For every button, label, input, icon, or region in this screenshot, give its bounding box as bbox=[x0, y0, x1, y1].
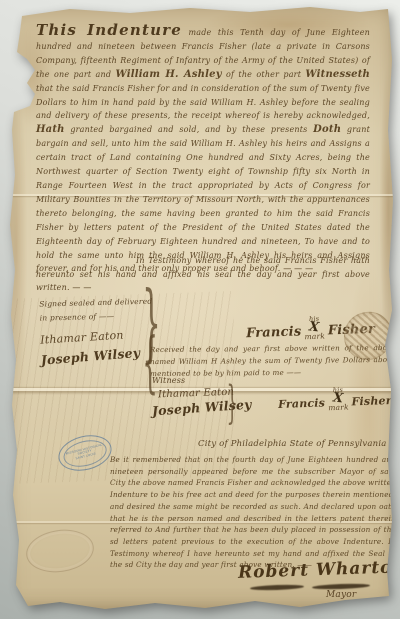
acknowledgment-body: Be it remembered that on the fourth day … bbox=[110, 454, 396, 571]
signature-flourish-smudge bbox=[250, 584, 304, 591]
receipt-brace-close: } bbox=[227, 375, 238, 428]
x-mark-icon-2: X bbox=[327, 392, 349, 405]
receipt-clause: Received the day and year first above wr… bbox=[150, 342, 396, 380]
receipt-sig-first-name: Francis bbox=[278, 396, 325, 411]
acknowledgment-heading: City of Philadelphia State of Pennsylvan… bbox=[198, 439, 399, 449]
grantor-first-name: Francis bbox=[246, 324, 302, 341]
x-mark-icon: X bbox=[304, 321, 326, 334]
mayor-title: Mayor bbox=[326, 590, 356, 600]
scan-background: This Indenture made this Tenth day of Ju… bbox=[0, 0, 400, 619]
deed-testimony-clause: In Testimony whereof he the said Francis… bbox=[36, 254, 370, 295]
x-mark-stack: hisXmark bbox=[304, 316, 325, 342]
embossed-city-seal bbox=[23, 525, 96, 576]
receipt-signature: FrancishisXmarkFisher bbox=[278, 387, 393, 416]
signature-flourish-smudge bbox=[312, 583, 370, 590]
paper-shadow: This Indenture made this Tenth day of Ju… bbox=[0, 0, 400, 619]
receipt-witness-label: Witness bbox=[152, 376, 185, 385]
x-mark-stack-2: hisXmark bbox=[328, 387, 349, 413]
deed-body-paragraph: This Indenture made this Tenth day of Ju… bbox=[36, 24, 370, 276]
receipt-sig-last-name: Fisher bbox=[351, 394, 392, 408]
document-paper: This Indenture made this Tenth day of Ju… bbox=[0, 0, 400, 619]
